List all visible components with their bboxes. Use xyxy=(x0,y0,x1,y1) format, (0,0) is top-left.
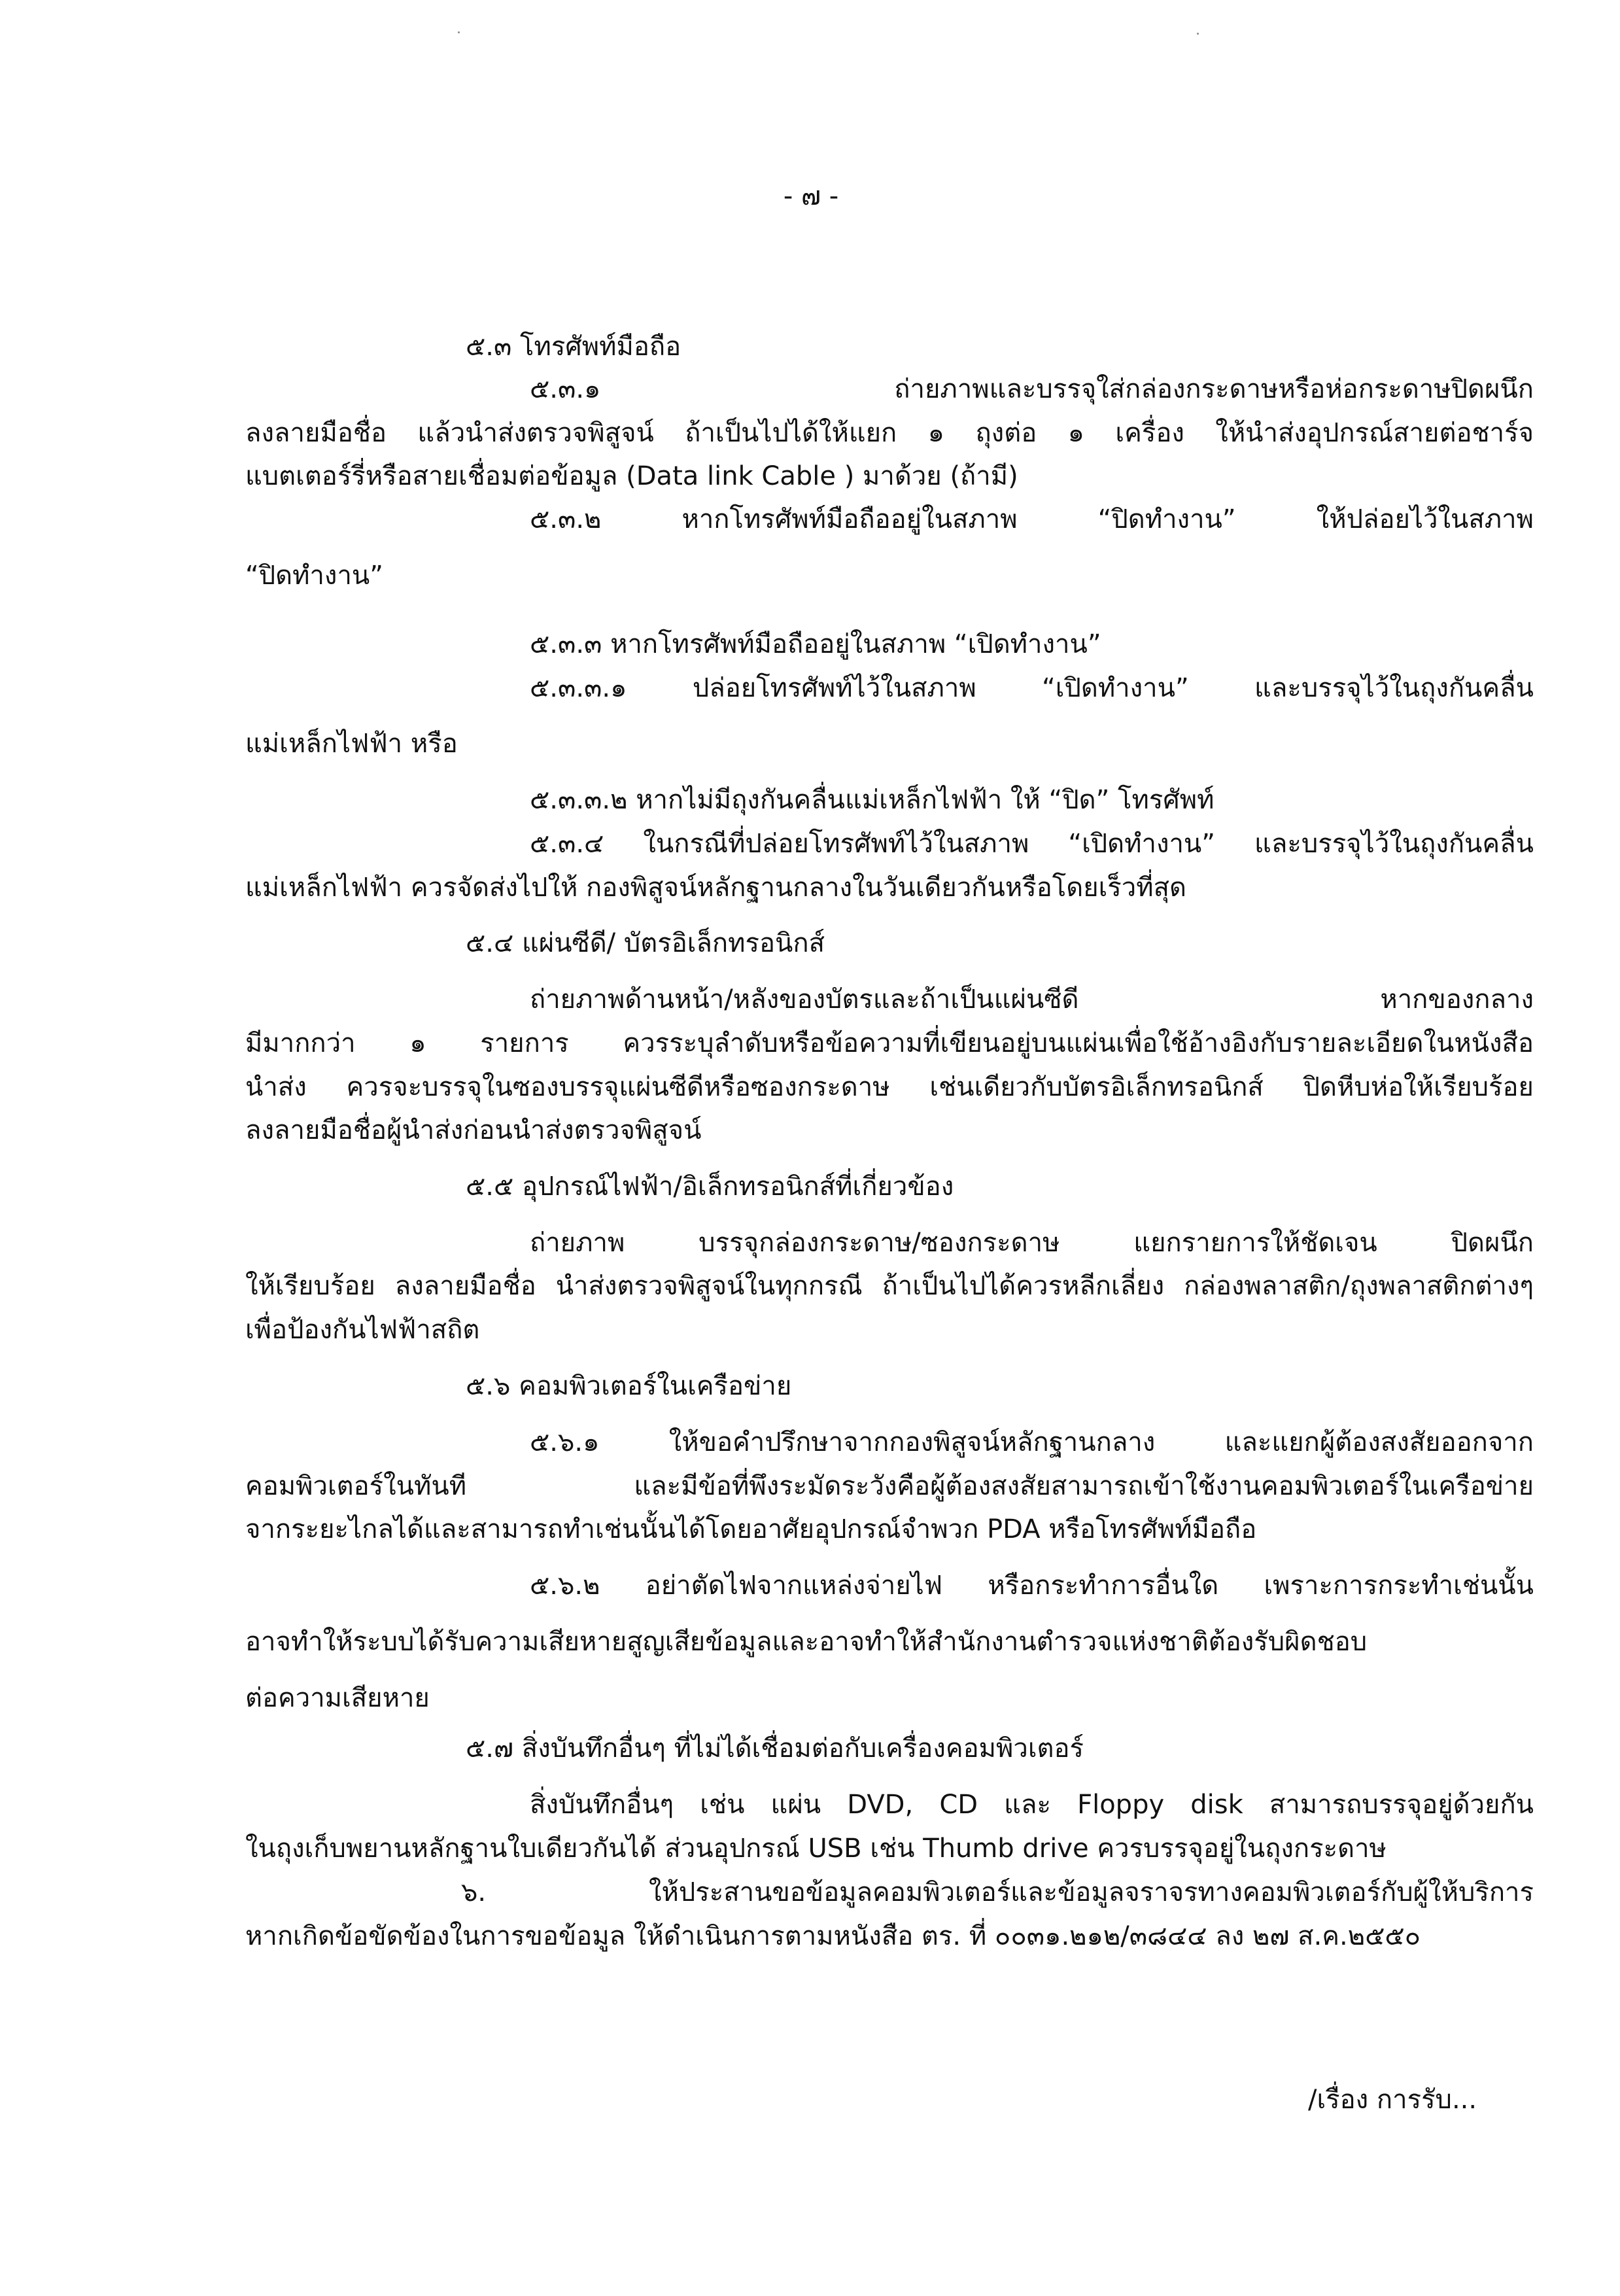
page-number: - ๗ - xyxy=(713,177,909,216)
para-5-6-2-line-2: อาจทำให้ระบบได้รับความเสียหายสูญเสียข้อม… xyxy=(245,1622,1534,1661)
para-5-4-line-2: มีมากกว่า ๑ รายการ ควรระบุลำดับหรือข้อคว… xyxy=(245,1024,1534,1063)
para-5-6-2-line-3: ต่อความเสียหาย xyxy=(245,1679,430,1718)
para-5-3-2-line-2: “ปิดทำงาน” xyxy=(245,556,383,595)
para-5-4-line-4: ลงลายมือชื่อผู้นำส่งก่อนนำส่งตรวจพิสูจน์ xyxy=(245,1111,701,1150)
para-5-3-1-line-2: ลงลายมือชื่อ แล้วนำส่งตรวจพิสูจน์ ถ้าเป็… xyxy=(245,413,1534,453)
para-6-line-1: ๖. ให้ประสานขอข้อมูลคอมพิวเตอร์และข้อมูล… xyxy=(461,1873,1534,1912)
para-5-5-line-1: ถ่ายภาพ บรรจุกล่องกระดาษ/ซองกระดาษ แยกรา… xyxy=(530,1223,1534,1262)
para-6-line-2: หากเกิดข้อขัดข้องในการขอข้อมูล ให้ดำเนิน… xyxy=(245,1917,1421,1956)
heading-5-6: ๕.๖ คอมพิวเตอร์ในเครือข่าย xyxy=(466,1366,791,1406)
para-5-6-1-line-1: ๕.๖.๑ ให้ขอคำปรึกษาจากกองพิสูจน์หลักฐานก… xyxy=(530,1423,1534,1462)
heading-5-7: ๕.๗ สิ่งบันทึกอื่นๆ ที่ไม่ได้เชื่อมต่อกั… xyxy=(466,1729,1084,1768)
para-5-3-4-line-1: ๕.๓.๔ ในกรณีที่ปล่อยโทรศัพท์ไว้ในสภาพ “เ… xyxy=(530,824,1534,863)
para-5-5-line-2: ให้เรียบร้อย ลงลายมือชื่อ นำส่งตรวจพิสูจ… xyxy=(245,1266,1534,1306)
para-5-6-1-line-3: จากระยะไกลได้และสามารถทำเช่นนั้นได้โดยอา… xyxy=(245,1510,1256,1549)
para-5-6-1-line-2: คอมพิวเตอร์ในทันที และมีข้อที่พึงระมัดระ… xyxy=(245,1467,1534,1506)
para-5-3-3-1-line-1: ๕.๓.๓.๑ ปล่อยโทรศัพท์ไว้ในสภาพ “เปิดทำงา… xyxy=(530,669,1534,708)
heading-5-5: ๕.๕ อุปกรณ์ไฟฟ้า/อิเล็กทรอนิกส์ที่เกี่ยว… xyxy=(466,1167,954,1206)
heading-5-3: ๕.๓ โทรศัพท์มือถือ xyxy=(466,327,681,366)
para-5-3-3-1-line-2: แม่เหล็กไฟฟ้า หรือ xyxy=(245,724,458,763)
para-5-3-1-line-1: ๕.๓.๑ ถ่ายภาพและบรรจุใส่กล่องกระดาษหรือห… xyxy=(530,370,1534,409)
document-page: - ๗ - ๕.๓ โทรศัพท์มือถือ ๕.๓.๑ ถ่ายภาพแล… xyxy=(0,0,1620,2296)
para-5-3-1-line-3: แบตเตอร์รี่หรือสายเชื่อมต่อข้อมูล (Data … xyxy=(245,457,1018,496)
para-5-4-line-3: นำส่ง ควรจะบรรจุในซองบรรจุแผ่นซีดีหรือซอ… xyxy=(245,1068,1534,1107)
para-5-3-2-line-1: ๕.๓.๒ หากโทรศัพท์มือถืออยู่ในสภาพ “ปิดทำ… xyxy=(530,500,1534,539)
para-5-3-4-line-2: แม่เหล็กไฟฟ้า ควรจัดส่งไปให้ กองพิสูจน์ห… xyxy=(245,868,1186,907)
heading-5-4: ๕.๔ แผ่นซีดี/ บัตรอิเล็กทรอนิกส์ xyxy=(466,924,825,963)
para-5-4-line-1: ถ่ายภาพด้านหน้า/หลังของบัตรและถ้าเป็นแผ่… xyxy=(530,980,1534,1019)
para-5-3-3: ๕.๓.๓ หากโทรศัพท์มือถืออยู่ในสภาพ “เปิดท… xyxy=(530,625,1101,664)
scan-speck xyxy=(1197,33,1199,35)
para-5-5-line-3: เพื่อป้องกันไฟฟ้าสถิต xyxy=(245,1310,479,1349)
para-5-7-line-2: ในถุงเก็บพยานหลักฐานใบเดียวกันได้ ส่วนอุ… xyxy=(245,1829,1387,1868)
para-5-7-line-1: สิ่งบันทึกอื่นๆ เช่น แผ่น DVD, CD และ Fl… xyxy=(530,1785,1534,1824)
para-5-3-3-2: ๕.๓.๓.๒ หากไม่มีถุงกันคลื่นแม่เหล็กไฟฟ้า… xyxy=(530,780,1214,820)
scan-speck xyxy=(458,31,460,33)
para-5-6-2-line-1: ๕.๖.๒ อย่าตัดไฟจากแหล่งจ่ายไฟ หรือกระทำก… xyxy=(530,1566,1534,1605)
continuation-note: /เรื่อง การรับ... xyxy=(1308,2080,1477,2119)
